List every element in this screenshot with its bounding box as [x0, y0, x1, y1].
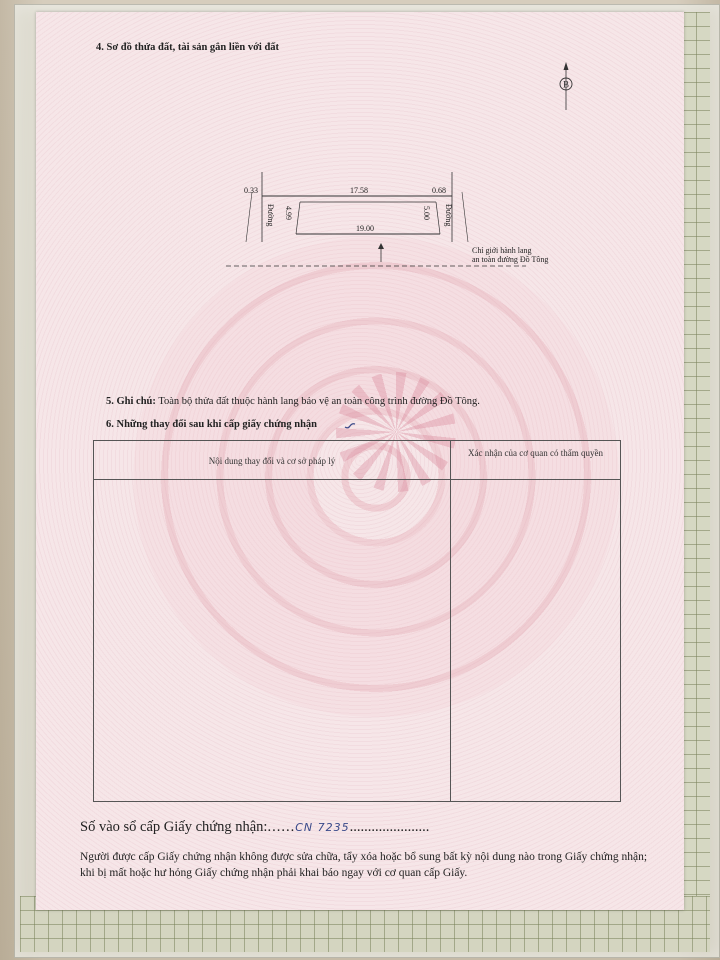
pen-mark-icon [344, 422, 356, 430]
left-depth: 4.99 [284, 206, 293, 220]
column-header-changes: Nội dung thay đổi và cơ sở pháp lý [94, 455, 450, 468]
changes-table: Nội dung thay đổi và cơ sở pháp lý Xác n… [93, 440, 621, 802]
boundary-label-2: an toàn đường Đồ Tông [472, 255, 548, 264]
table-cell-confirmation [451, 480, 620, 801]
section-5-label: 5. Ghi chú: [106, 396, 156, 407]
registration-label: Số vào sổ cấp Giấy chứng nhận: [80, 819, 267, 835]
boundary-label-1: Chỉ giới hành lang [472, 246, 532, 255]
registration-number: Số vào sổ cấp Giấy chứng nhận:......CN 7… [80, 819, 429, 836]
north-arrow-icon: B [554, 62, 578, 112]
warning-notice: Người được cấp Giấy chứng nhận không đượ… [80, 849, 660, 881]
north-marker-label: B [563, 80, 569, 90]
table-cell-changes [94, 480, 450, 801]
right-offset: 0.68 [432, 186, 446, 195]
land-certificate-page: 4. Sơ đồ thửa đất, tài sản gắn liền với … [36, 12, 684, 910]
left-road-label: Đường [266, 204, 275, 226]
section-5-note: 5. Ghi chú: Toàn bộ thửa đất thuộc hành … [106, 396, 480, 407]
section-6-title: 6. Những thay đổi sau khi cấp giấy chứng… [106, 419, 317, 430]
section-5-text: Toàn bộ thửa đất thuộc hành lang bảo vệ … [158, 396, 480, 407]
top-width: 17.58 [350, 186, 368, 195]
column-header-confirmation: Xác nhận của cơ quan có thẩm quyền [451, 447, 620, 460]
registration-value: CN 7235 [295, 821, 349, 834]
plot-diagram: 0.33 17.58 0.68 19.00 4.99 5.00 Đường Đư… [226, 162, 546, 272]
left-offset: 0.33 [244, 186, 258, 195]
right-depth: 5.00 [422, 206, 431, 220]
bottom-width: 19.00 [356, 224, 374, 233]
right-road-label: Đường [444, 204, 453, 226]
section-4-title: 4. Sơ đồ thửa đất, tài sản gắn liền với … [96, 42, 279, 53]
column-header-confirmation-text: Xác nhận của cơ quan có thẩm quyền [468, 448, 603, 458]
